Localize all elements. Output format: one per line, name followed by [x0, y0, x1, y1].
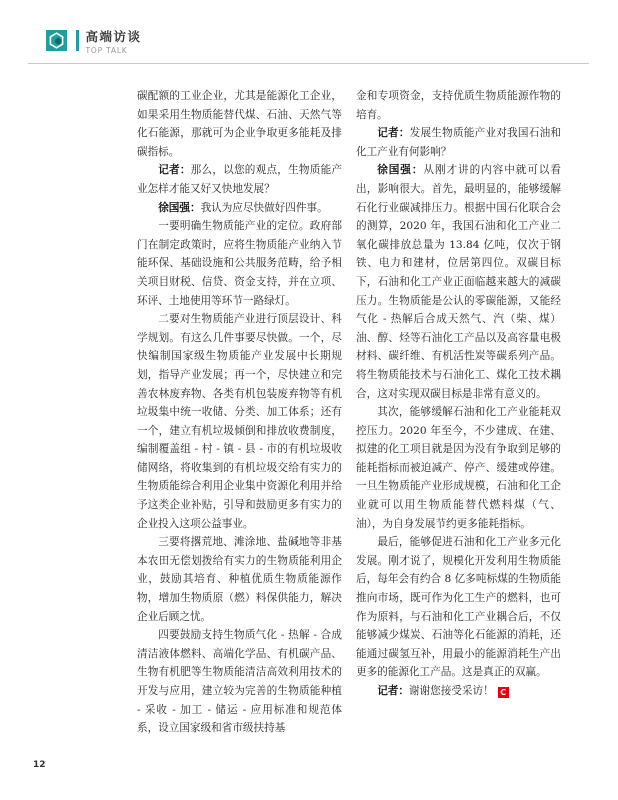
paragraph-text: 谢谢您接受采访！ — [409, 685, 494, 697]
speaker-label: 记者： — [158, 164, 190, 176]
speaker-label: 徐国强： — [377, 164, 423, 176]
paragraph-text: 从刚才讲的内容中就可以看出，影响很大。首先，最明显的，能够缓解石化行业碳减排压力… — [356, 164, 561, 399]
magazine-page: 高端访谈 TOP TALK 碳配额的工业企业，尤其是能源化工企业，如果采用生物质… — [0, 0, 618, 800]
header-divider — [76, 30, 79, 51]
section-subtitle: TOP TALK — [86, 46, 142, 55]
article-end-icon: C — [498, 687, 509, 698]
paragraph: 徐国强：我认为应尽快做好四件事。 — [137, 199, 342, 218]
header-titles: 高端访谈 TOP TALK — [86, 30, 142, 55]
paragraph-text: 一要明确生物质能产业的定位。政府部门在制定政策时，应将生物质能产业纳入节能环保、… — [137, 220, 342, 306]
speaker-label: 徐国强： — [158, 202, 200, 214]
page-header: 高端访谈 TOP TALK — [46, 30, 142, 55]
paragraph-text: 碳配额的工业企业，尤其是能源化工企业，如果采用生物质能替代煤、石油、天然气等化石… — [137, 90, 342, 158]
paragraph: 记者：谢谢您接受采访！C — [356, 682, 561, 701]
paragraph: 金和专项资金，支持优质生物质能源作物的培育。 — [356, 87, 561, 124]
right-column: 金和专项资金，支持优质生物质能源作物的培育。 记者：发展生物质能产业对我国石油和… — [356, 87, 561, 738]
paragraph-text: 金和专项资金，支持优质生物质能源作物的培育。 — [356, 90, 561, 121]
paragraph: 四要鼓励支持生物质气化 - 热解 - 合成清洁液体燃料、高端化学品、有机碳产品、… — [137, 626, 342, 738]
paragraph-text: 其次，能够缓解石油和化工产业能耗双控压力。2020 年至今，不少建成、在建、拟建… — [356, 406, 561, 530]
paragraph-text: 四要鼓励支持生物质气化 - 热解 - 合成清洁液体燃料、高端化学品、有机碳产品、… — [137, 629, 342, 734]
paragraph: 徐国强：从刚才讲的内容中就可以看出，影响很大。首先，最明显的，能够缓解石化行业碳… — [356, 161, 561, 403]
paragraph-text: 二要对生物质能产业进行顶层设计、科学规划。有这么几件事要尽快做。一个，尽快编制国… — [137, 313, 342, 530]
paragraph: 记者：那么，以您的观点，生物质能产业怎样才能又好又快地发展？ — [137, 161, 342, 198]
paragraph: 其次，能够缓解石油和化工产业能耗双控压力。2020 年至今，不少建成、在建、拟建… — [356, 403, 561, 533]
paragraph-text: 最后，能够促进石油和化工产业多元化发展。刚才说了，规模化开发利用生物质能后，每年… — [356, 536, 561, 678]
paragraph: 最后，能够促进石油和化工产业多元化发展。刚才说了，规模化开发利用生物质能后，每年… — [356, 533, 561, 682]
article-body: 碳配额的工业企业，尤其是能源化工企业，如果采用生物质能替代煤、石油、天然气等化石… — [137, 87, 561, 738]
section-title: 高端访谈 — [86, 30, 142, 43]
header-rule — [28, 63, 589, 64]
paragraph: 二要对生物质能产业进行顶层设计、科学规划。有这么几件事要尽快做。一个，尽快编制国… — [137, 310, 342, 533]
hexagon-logo-icon — [46, 30, 67, 51]
paragraph: 记者：发展生物质能产业对我国石油和化工产业有何影响？ — [356, 124, 561, 161]
paragraph-text: 三要将撂荒地、滩涂地、盐碱地等非基本农田无偿划拨给有实力的生物质能利用企业，鼓励… — [137, 536, 342, 622]
paragraph: 一要明确生物质能产业的定位。政府部门在制定政策时，应将生物质能产业纳入节能环保、… — [137, 217, 342, 310]
speaker-label: 记者： — [377, 127, 409, 139]
speaker-label: 记者： — [377, 685, 409, 697]
paragraph: 碳配额的工业企业，尤其是能源化工企业，如果采用生物质能替代煤、石油、天然气等化石… — [137, 87, 342, 161]
paragraph: 三要将撂荒地、滩涂地、盐碱地等非基本农田无偿划拨给有实力的生物质能利用企业，鼓励… — [137, 533, 342, 626]
paragraph-text: 我认为应尽快做好四件事。 — [201, 202, 328, 214]
left-column: 碳配额的工业企业，尤其是能源化工企业，如果采用生物质能替代煤、石油、天然气等化石… — [137, 87, 342, 738]
page-number: 12 — [33, 760, 46, 770]
